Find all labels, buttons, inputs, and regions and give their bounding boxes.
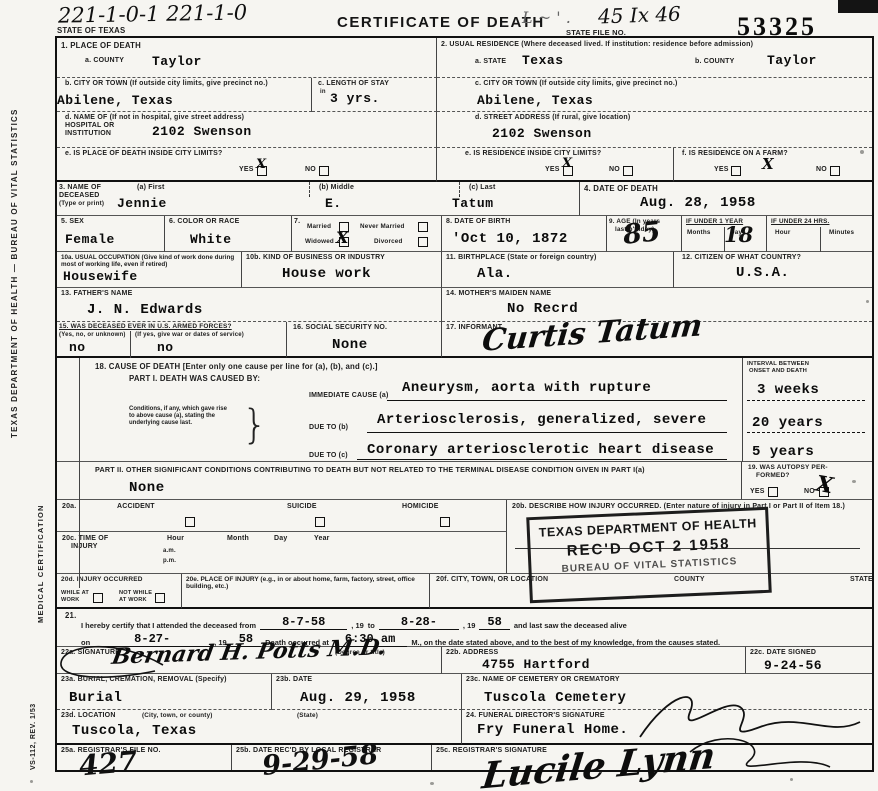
homicide-checkbox: [440, 517, 450, 527]
city-town-value: Abilene, Texas: [57, 93, 173, 108]
field-usual-occupation: 10a. USUAL OCCUPATION (Give kind of work…: [57, 252, 242, 288]
age-value-handwritten: 85: [621, 216, 662, 251]
field-fathers-name: 13. FATHER'S NAME J. N. Edwards: [57, 288, 442, 322]
date-signed-value: 9-24-56: [764, 658, 822, 673]
race-value: White: [190, 232, 232, 247]
field-residence-inside-city-limits: e. IS RESIDENCE INSIDE CITY LIMITS? YES …: [437, 148, 674, 182]
time-of-injury-label-1: 20c. TIME OF: [62, 535, 108, 542]
residence-county-label: b. COUNTY: [695, 58, 735, 65]
widowed-x-mark: X: [336, 228, 348, 247]
burial-date-label: 23b. DATE: [276, 676, 312, 683]
field-date-of-death: 4. DATE OF DEATH Aug. 28, 1958: [580, 182, 872, 216]
funeral-director-label: 24. FUNERAL DIRECTOR'S SIGNATURE: [466, 712, 605, 719]
attended-from-date: 8-7-58: [260, 615, 347, 630]
not-while-at-work-label-2: AT WORK: [119, 597, 147, 603]
no-checkbox: [623, 166, 633, 176]
first-name-label: (a) First: [137, 184, 164, 191]
field-kind-of-business: 10b. KIND OF BUSINESS OR INDUSTRY House …: [242, 252, 442, 288]
day-label: Day: [274, 535, 287, 542]
date-received-value: 9-29-58: [261, 739, 380, 782]
field-burial-type: 23a. BURIAL, CREMATION, REMOVAL (Specify…: [57, 674, 272, 710]
field-street-address: d. STREET ADDRESS (If rural, give locati…: [437, 112, 872, 148]
autopsy-label-1: 19. WAS AUTOPSY PER-: [748, 464, 828, 471]
mother-value: No Recrd: [507, 301, 578, 317]
date-of-death-label: 4. DATE OF DEATH: [584, 184, 658, 193]
cert-text-alive: and last saw the deceased alive: [514, 621, 627, 630]
attended-to-date: 8-28-: [379, 615, 459, 630]
days-value-handwritten: 18: [724, 222, 753, 247]
name-label-2: DECEASED: [59, 192, 100, 199]
sex-label: 5. SEX: [61, 218, 84, 225]
armed-forces-value1: no: [69, 340, 86, 355]
widowed-label: Widowed: [305, 238, 334, 245]
autopsy-no-mark: X: [814, 471, 835, 500]
hour-label: Hour: [167, 535, 184, 542]
suicide-label: SUICIDE: [287, 503, 317, 510]
residence-state-label: a. STATE: [475, 58, 506, 65]
marital-label: 7.: [294, 218, 300, 225]
city-town-label: b. CITY OR TOWN (If outside city limits,…: [65, 80, 268, 87]
cert-text-19b: , 19: [463, 621, 476, 630]
interval-header-1: INTERVAL BETWEEN: [747, 361, 809, 367]
field-physician-signature: 22a. SIGNATURE (Degree or title) Bernard…: [57, 647, 442, 674]
business-value: House work: [282, 266, 371, 282]
armed-forces-sub2: (If yes, give war or dates of service): [135, 332, 244, 338]
last-name-label: (c) Last: [469, 184, 496, 191]
field-registrar-file-no: 25a. REGISTRAR'S FILE NO. 427: [57, 745, 232, 770]
yes-label: YES: [750, 488, 765, 495]
field-sex: 5. SEX Female: [57, 216, 165, 252]
autopsy-label-2: FORMED?: [756, 472, 790, 479]
certificate-form: 1. PLACE OF DEATH a. COUNTY Taylor 2. US…: [55, 36, 874, 772]
hospital-label-2: HOSPITAL OR: [65, 122, 114, 129]
field-age: 9. AGE (In years last b'thday) 85: [607, 216, 682, 252]
dob-value: 'Oct 10, 1872: [452, 231, 568, 247]
field-city-or-town-death: b. CITY OR TOWN (If outside city limits,…: [57, 78, 312, 112]
field-name-of-deceased: 3. NAME OF DECEASED (Type or print) (a) …: [57, 182, 580, 216]
street-address-value: 2102 Swenson: [492, 126, 592, 141]
interval-header-2: ONSET AND DEATH: [749, 368, 807, 374]
armed-forces-value2: no: [157, 340, 174, 355]
never-married-checkbox: [418, 222, 428, 232]
never-married-label: Never Married: [360, 223, 405, 230]
citizen-label: 12. CITIZEN OF WHAT COUNTRY?: [682, 254, 801, 261]
location-value: Tuscola, Texas: [72, 723, 197, 739]
due-to-b-value: Arteriosclerosis, generalized, severe: [377, 412, 706, 428]
burial-label: 23a. BURIAL, CREMATION, REMOVAL (Specify…: [61, 676, 227, 683]
hour-label: Hour: [775, 229, 791, 236]
injury-occurred-label: 20d. INJURY OCCURRED: [61, 576, 143, 583]
ssn-value: None: [332, 337, 368, 353]
length-of-stay-value: 3 yrs.: [330, 91, 380, 106]
while-at-work-label-2: WORK: [61, 597, 80, 603]
part2-label: PART II. OTHER SIGNIFICANT CONDITIONS CO…: [95, 465, 645, 474]
margin-medical-certification-text: MEDICAL CERTIFICATION: [36, 438, 45, 623]
birthplace-label: 11. BIRTHPLACE (State or foreign country…: [446, 254, 597, 261]
pm-label: p.m.: [163, 558, 176, 564]
county-label: a. COUNTY: [85, 57, 124, 64]
field-color-or-race: 6. COLOR OR RACE White: [165, 216, 292, 252]
cert-text-1: I hereby certify that I attended the dec…: [81, 621, 256, 630]
while-at-work-label: WHILE AT: [61, 590, 89, 596]
field-date-of-birth: 8. DATE OF BIRTH 'Oct 10, 1872: [442, 216, 607, 252]
middle-name-value: E.: [325, 196, 342, 211]
no-label: NO: [609, 166, 620, 173]
under-24-hrs-header: IF UNDER 24 HRS.: [771, 218, 829, 225]
due-to-b-label: DUE TO (b): [309, 424, 348, 431]
business-label: 10b. KIND OF BUSINESS OR INDUSTRY: [246, 254, 385, 261]
field-accident-suicide-homicide: 20a. ACCIDENT SUICIDE HOMICIDE: [57, 500, 507, 532]
yes-checkmark: X: [256, 157, 266, 172]
ssn-label: 16. SOCIAL SECURITY NO.: [293, 324, 387, 331]
middle-name-label: (b) Middle: [319, 184, 354, 191]
field-time-of-injury: 20c. TIME OF INJURY Hour a.m. p.m. Month…: [57, 532, 507, 574]
yes-checkbox: [731, 166, 741, 176]
field-usual-residence: 2. USUAL RESIDENCE (Where deceased lived…: [437, 38, 872, 78]
location-sub2: (State): [297, 712, 318, 719]
scan-corner-smudge: [838, 0, 878, 13]
yes-label: YES: [239, 166, 254, 173]
field-if-under-1-year: IF UNDER 1 YEAR Months Days 18: [682, 216, 767, 252]
due-to-c-label: DUE TO (c): [309, 452, 348, 459]
field-burial-location: 23d. LOCATION (City, town, or county) (S…: [57, 710, 462, 745]
field-place-of-death: 1. PLACE OF DEATH a. COUNTY Taylor: [57, 38, 437, 78]
county-value: Taylor: [152, 54, 202, 69]
residence-state-value: Texas: [522, 53, 564, 68]
name-label: 3. NAME OF: [59, 184, 101, 191]
death-city-limits-label: e. IS PLACE OF DEATH INSIDE CITY LIMITS?: [65, 150, 222, 157]
field-cause-of-death: 18. CAUSE OF DEATH [Enter only one cause…: [57, 358, 872, 462]
mother-label: 14. MOTHER'S MAIDEN NAME: [446, 290, 551, 297]
field-citizen-of: 12. CITIZEN OF WHAT COUNTRY? U.S.A.: [674, 252, 872, 288]
cause-of-death-label: 18. CAUSE OF DEATH [Enter only one cause…: [95, 362, 378, 371]
am-label: a.m.: [163, 548, 176, 554]
part2-value: None: [129, 480, 165, 496]
time-of-injury-label-2: INJURY: [71, 543, 98, 550]
date-of-death-value: Aug. 28, 1958: [640, 195, 756, 211]
residence-city-limits-label: e. IS RESIDENCE INSIDE CITY LIMITS?: [465, 150, 601, 157]
cemetery-value: Tuscola Cemetery: [484, 690, 626, 706]
field-armed-forces: 15. WAS DECEASED EVER IN U.S. ARMED FORC…: [57, 322, 287, 358]
citizen-value: U.S.A.: [736, 265, 789, 281]
field-social-security-no: 16. SOCIAL SECURITY NO. None: [287, 322, 442, 358]
received-stamp: TEXAS DEPARTMENT OF HEALTH REC'D OCT 2 1…: [526, 507, 772, 603]
margin-form-code-text: VS-112, REV. 1/53: [30, 640, 37, 770]
suicide-checkbox: [315, 517, 325, 527]
race-label: 6. COLOR OR RACE: [169, 218, 239, 225]
cert-text-19a: , 19: [351, 621, 364, 630]
father-value: J. N. Edwards: [87, 302, 203, 318]
field-length-of-stay: c. LENGTH OF STAY in 3 yrs.: [312, 78, 437, 112]
interval-a-value: 3 weeks: [757, 382, 819, 398]
field-20a-label: 20a.: [62, 503, 76, 510]
yes-checkbox: [768, 487, 778, 497]
location-label: 23d. LOCATION: [61, 712, 116, 719]
no-label: NO: [816, 166, 827, 173]
item-21-number: 21.: [65, 611, 76, 620]
field-injury-occurred: 20d. INJURY OCCURRED WHILE AT WORK NOT W…: [57, 574, 182, 609]
immediate-cause-value: Aneurysm, aorta with rupture: [402, 380, 651, 396]
address-value: 4755 Hartford: [482, 657, 590, 672]
handwritten-note: 45 Ix 46: [598, 2, 682, 29]
dob-label: 8. DATE OF BIRTH: [446, 218, 511, 225]
field-death-inside-city-limits: e. IS PLACE OF DEATH INSIDE CITY LIMITS?…: [57, 148, 437, 182]
not-while-at-work-label: NOT WHILE: [119, 590, 152, 596]
field-physician-address: 22b. ADDRESS 4755 Hartford: [442, 647, 746, 674]
due-to-c-value: Coronary arteriosclerotic heart disease: [367, 442, 714, 458]
married-label: Married: [307, 223, 331, 230]
armed-forces-sub1: (Yes, no, or unknown): [59, 332, 126, 338]
minutes-label: Minutes: [829, 229, 854, 236]
funeral-home-value: Fry Funeral Home.: [477, 722, 628, 738]
handwritten-ledger-code: 221-1-0-1 221-1-0: [58, 0, 248, 27]
farm-x-mark: X: [762, 155, 774, 173]
months-label: Months: [687, 229, 711, 236]
no-checkbox: [319, 166, 329, 176]
conditions-note: Conditions, if any, which gave rise to a…: [129, 406, 229, 428]
residence-county-value: Taylor: [767, 53, 817, 68]
place-of-death-label: 1. PLACE OF DEATH: [61, 41, 141, 50]
attended-to-year: 58: [479, 615, 509, 630]
hospital-value: 2102 Swenson: [152, 124, 252, 139]
pencil-scrawl: L ~ ' .: [522, 8, 571, 27]
funeral-director-signature-scrawl: [630, 682, 870, 782]
part1-label: PART I. DEATH WAS CAUSED BY:: [129, 374, 260, 383]
armed-forces-label: 15. WAS DECEASED EVER IN U.S. ARMED FORC…: [59, 323, 232, 330]
date-signed-label: 22c. DATE SIGNED: [750, 649, 816, 656]
not-while-at-work-checkbox: [155, 593, 165, 603]
certificate-title: CERTIFICATE OF DEATH: [337, 14, 545, 31]
no-label: NO: [305, 166, 316, 173]
registrar-file-value: 427: [78, 745, 139, 783]
hospital-label: d. NAME OF (If not in hospital, give str…: [65, 114, 244, 121]
name-label-3: (Type or print): [59, 200, 104, 207]
field-part2-conditions: PART II. OTHER SIGNIFICANT CONDITIONS CO…: [57, 462, 742, 500]
first-name-value: Jennie: [117, 196, 167, 211]
accident-label: ACCIDENT: [117, 503, 155, 510]
yes-label: YES: [714, 166, 729, 173]
homicide-label: HOMICIDE: [402, 503, 439, 510]
burial-value: Burial: [69, 690, 122, 706]
certification-line-1: I hereby certify that I attended the dec…: [81, 615, 627, 630]
birthplace-value: Ala.: [477, 266, 513, 282]
death-certificate-scan: 221-1-0-1 221-1-0 STATE OF TEXAS CERTIFI…: [0, 0, 878, 791]
occupation-label: 10a. USUAL OCCUPATION (Give kind of work…: [61, 254, 236, 268]
field-city-or-town-residence: c. CITY OR TOWN (If outside city limits,…: [437, 78, 872, 112]
field-hospital-or-institution: d. NAME OF (If not in hospital, give str…: [57, 112, 437, 148]
immediate-cause-label: IMMEDIATE CAUSE (a): [309, 392, 389, 399]
sex-value: Female: [65, 232, 115, 247]
cert-text-to: to: [368, 621, 375, 630]
address-label: 22b. ADDRESS: [446, 649, 498, 656]
interval-c-value: 5 years: [752, 444, 814, 460]
accident-checkbox: [185, 517, 195, 527]
field-date-signed: 22c. DATE SIGNED 9-24-56: [746, 647, 872, 674]
place-of-injury-label: 20e. PLACE OF INJURY (e.g., in or about …: [186, 576, 424, 590]
field-informant: 17. INFORMANT Curtis Tatum: [442, 322, 872, 358]
while-at-work-checkbox: [93, 593, 103, 603]
field-marital-status: 7. Married Never Married Widowed X Divor…: [292, 216, 442, 252]
field-birthplace: 11. BIRTHPLACE (State or foreign country…: [442, 252, 674, 288]
field-if-under-24-hrs: IF UNDER 24 HRS. Hour Minutes: [767, 216, 872, 252]
field-burial-date: 23b. DATE Aug. 29, 1958: [272, 674, 462, 710]
injury-state-label: STATE: [850, 576, 873, 583]
field-date-received: 25b. DATE REC'D BY LOCAL REGISTRAR 9-29-…: [232, 745, 432, 770]
yes-label: YES: [545, 166, 560, 173]
describe-injury-label: 20b. DESCRIBE HOW INJURY OCCURRED. (Ente…: [512, 503, 845, 510]
divorced-checkbox: [418, 237, 428, 247]
divorced-label: Divorced: [374, 238, 403, 245]
length-of-stay-in-label: in: [320, 89, 326, 95]
last-name-value: Tatum: [452, 196, 494, 211]
location-sub1: (City, town, or county): [142, 712, 213, 719]
residence-city-value: Abilene, Texas: [477, 93, 593, 108]
margin-department-text: TEXAS DEPARTMENT OF HEALTH — BUREAU OF V…: [10, 98, 19, 438]
father-label: 13. FATHER'S NAME: [61, 290, 132, 297]
no-checkbox: [830, 166, 840, 176]
interval-b-value: 20 years: [752, 415, 823, 431]
month-label: Month: [227, 535, 249, 542]
cemetery-label: 23c. NAME OF CEMETERY OR CREMATORY: [466, 676, 620, 683]
cert-text-tail: M., on the date stated above, and to the…: [411, 638, 720, 647]
hospital-label-3: INSTITUTION: [65, 130, 111, 137]
field-place-of-injury: 20e. PLACE OF INJURY (e.g., in or about …: [182, 574, 430, 609]
street-address-label: d. STREET ADDRESS (If rural, give locati…: [475, 114, 630, 121]
conditions-brace: }: [242, 402, 267, 448]
yes-checkmark: X: [562, 156, 572, 171]
length-of-stay-label: c. LENGTH OF STAY: [318, 80, 389, 87]
occupation-value: Housewife: [63, 269, 138, 284]
burial-date-value: Aug. 29, 1958: [300, 690, 416, 706]
field-residence-on-farm: f. IS RESIDENCE ON A FARM? YES X NO: [674, 148, 872, 182]
usual-residence-label: 2. USUAL RESIDENCE (Where deceased lived…: [441, 41, 753, 48]
year-label: Year: [314, 535, 330, 542]
state-of-texas-label: STATE OF TEXAS: [57, 26, 125, 35]
residence-city-label: c. CITY OR TOWN (If outside city limits,…: [475, 80, 678, 87]
